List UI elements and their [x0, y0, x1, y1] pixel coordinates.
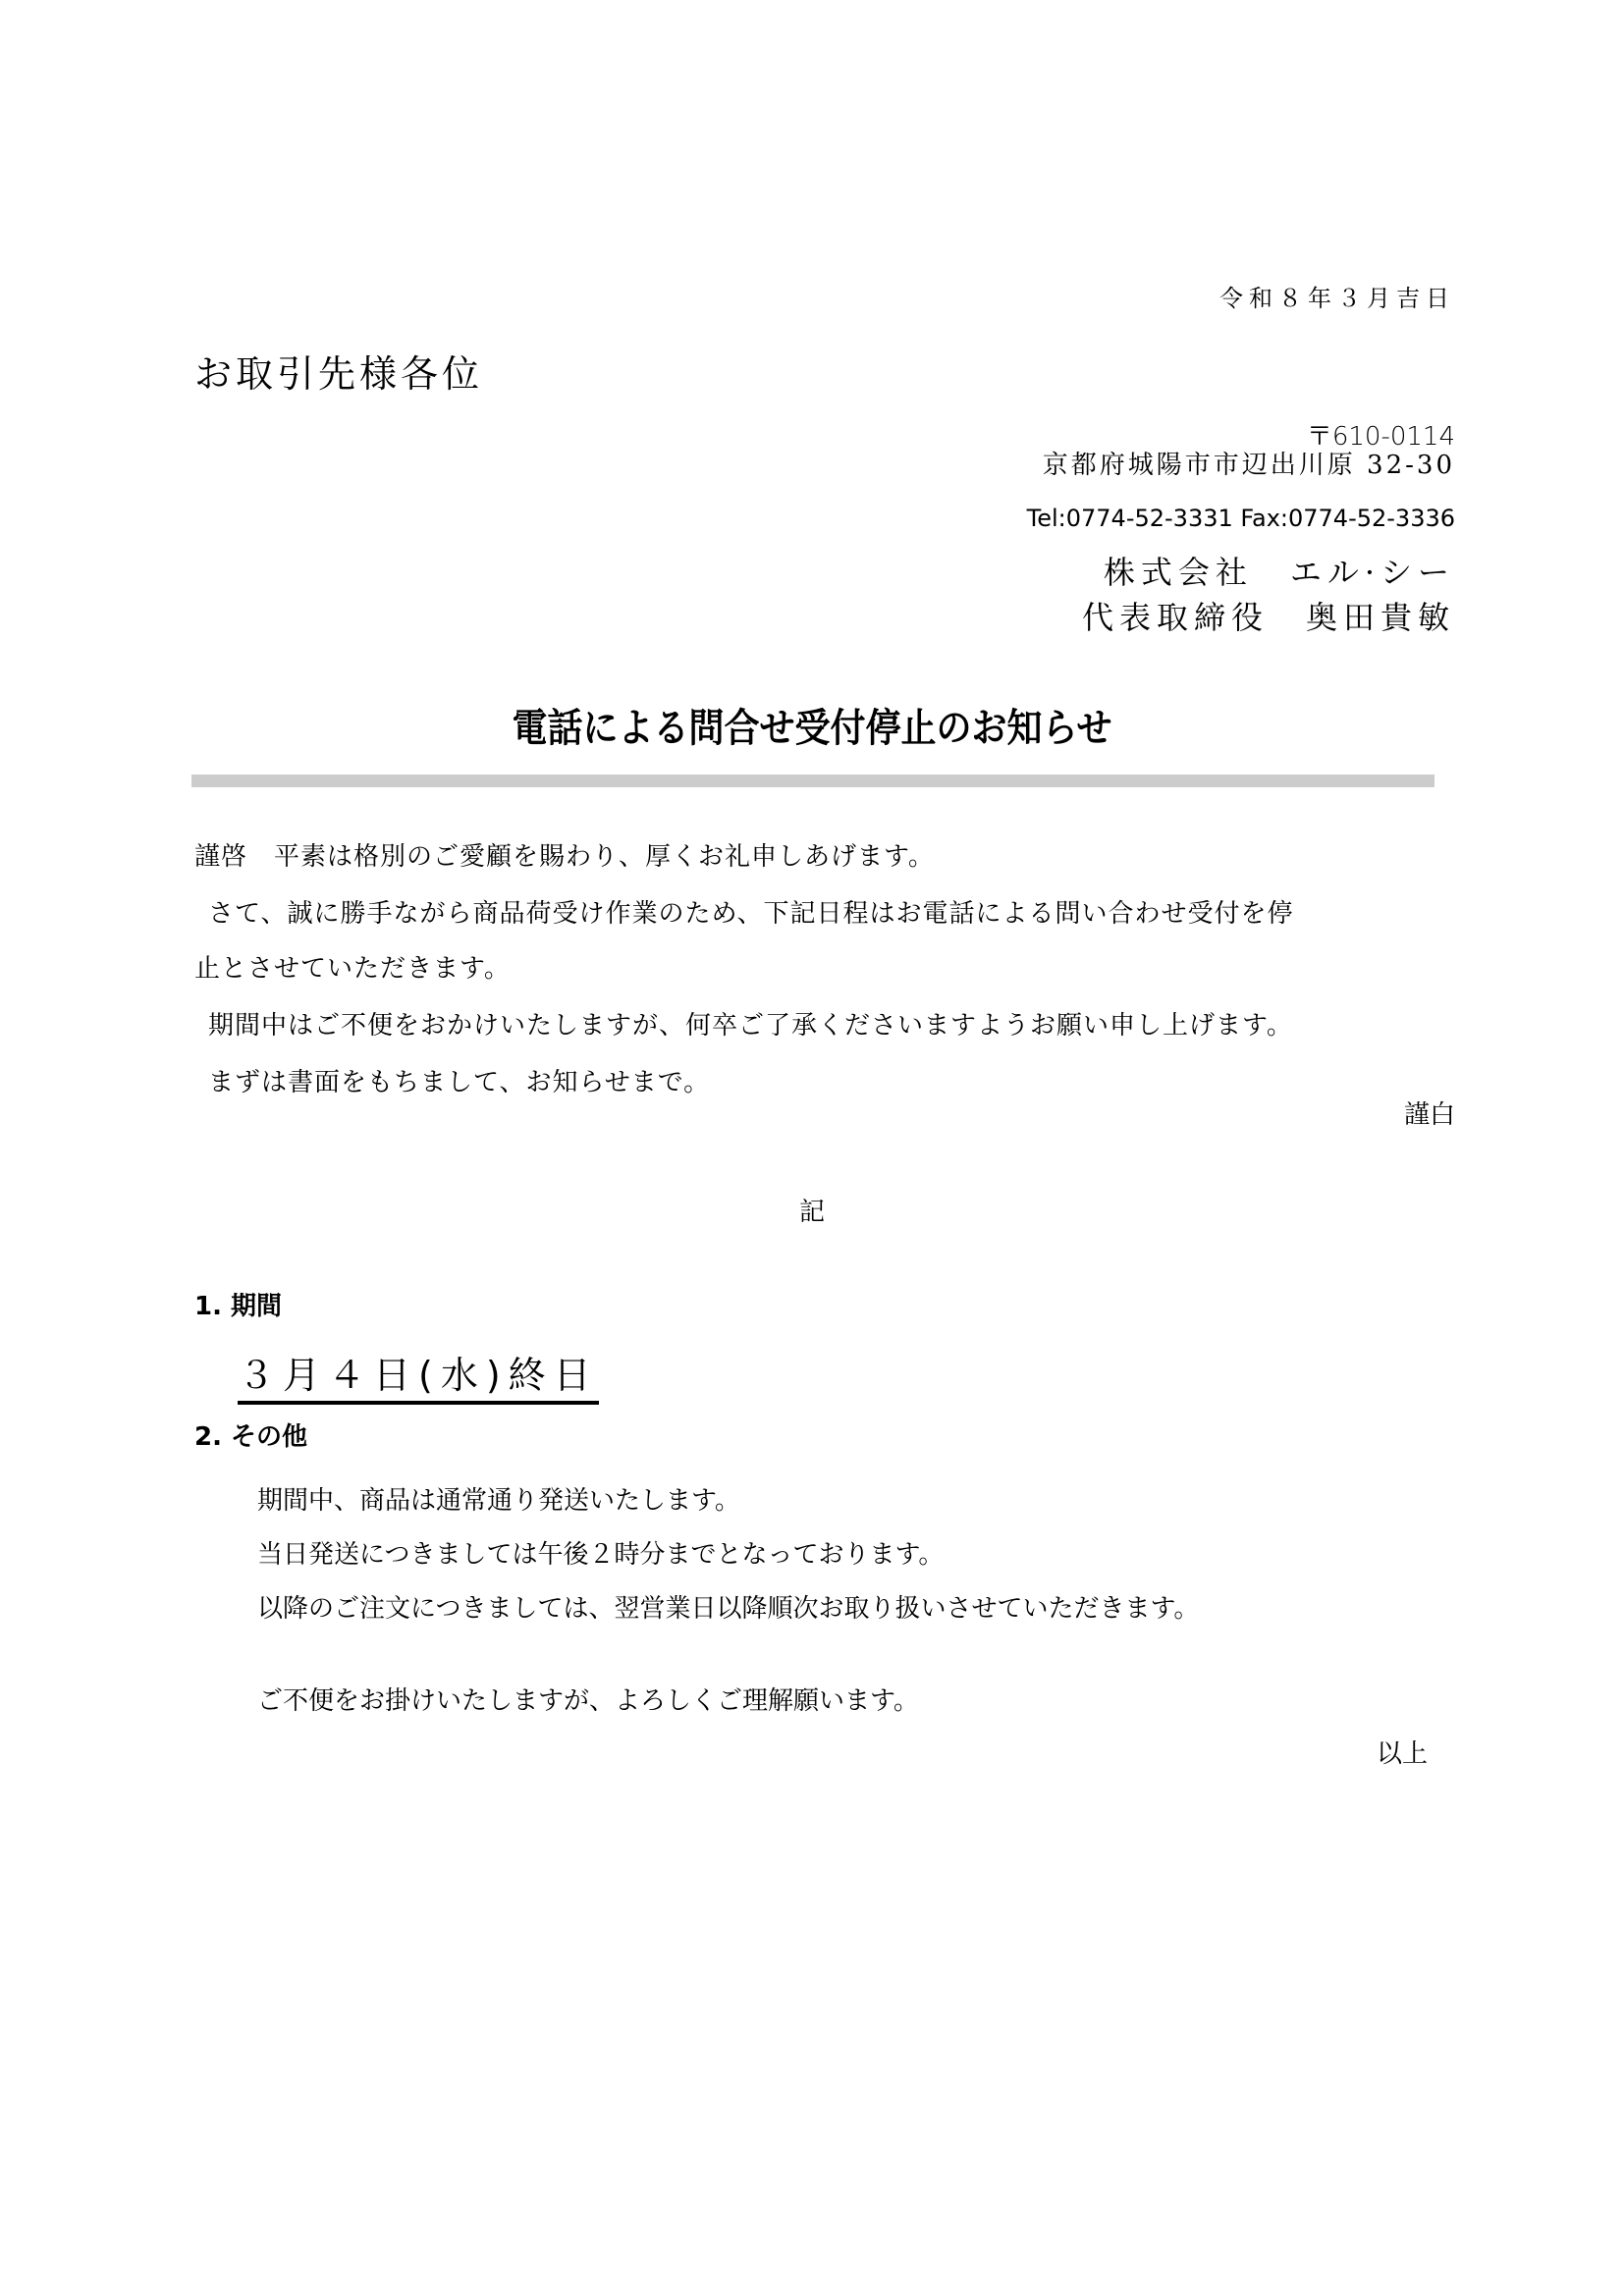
document-title: 電話による問合せ受付停止のお知らせ	[81, 697, 1543, 753]
sender-tel-fax: Tel:0774-52-3331 Fax:0774-52-3336	[1027, 505, 1455, 532]
section-heading-other: 2. その他	[194, 1416, 307, 1453]
salutation: お取引先様各位	[194, 344, 483, 398]
body-line: 期間中はご不便をおかけいたしますが、何卒ご了承くださいますようお願い申し上げます…	[208, 1013, 1293, 1039]
document-date: 令和８年３月吉日	[1219, 279, 1455, 313]
body-line: さて、誠に勝手ながら商品荷受け作業のため、下記日程はお電話による問い合わせ受付を…	[208, 901, 1293, 927]
apology-line: ご不便をお掛けいたしますが、よろしくご理解願います。	[257, 1681, 919, 1717]
sender-representative: 代表取締役 奥田貴敏	[1082, 593, 1455, 638]
body-line: 止とさせていただきます。	[194, 956, 511, 982]
other-line: 当日発送につきましては午後２時分までとなっております。	[257, 1534, 944, 1571]
body-line: 謹啓 平素は格別のご愛顧を賜わり、厚くお礼申しあげます。	[194, 844, 935, 870]
ki-marker: 記	[0, 1192, 1624, 1228]
other-line: 期間中、商品は通常通り発送いたします。	[257, 1480, 740, 1517]
section-heading-period: 1. 期間	[194, 1286, 282, 1322]
title-divider	[191, 774, 1435, 787]
body-line: まずは書面をもちまして、お知らせまで。	[208, 1070, 710, 1095]
closing-kinpaku: 謹白	[1404, 1095, 1455, 1131]
end-marker: 以上	[1377, 1734, 1428, 1770]
period-value: ３月４日(水)終日	[238, 1345, 599, 1405]
other-line: 以降のご注文につきましては、翌営業日以降順次お取り扱いさせていただきます。	[257, 1588, 1199, 1625]
sender-address: 京都府城陽市市辺出川原 32-30	[1043, 445, 1455, 481]
sender-company: 株式会社 エル·シー	[1104, 548, 1455, 593]
